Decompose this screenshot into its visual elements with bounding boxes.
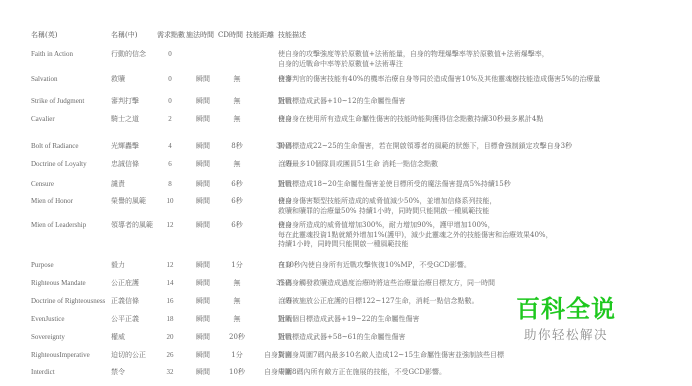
cell-name-en: Salvation [31,75,57,85]
cell-name-cn: 譴責 [111,180,125,190]
cell-name-en: EvenJustice [31,315,64,325]
cell-cd: 10秒 [225,368,249,378]
cell-name-en: Faith in Action [31,50,73,60]
cell-desc-line: 對自身周圍7碼內最多10名敵人造成12~15生命屬性傷害並強制該些目標 [278,351,504,361]
cell-points: 6 [164,160,176,170]
cell-cd: 6秒 [225,197,249,207]
watermark-logo: 百科全说 助你轻松解决 [516,295,616,343]
cell-desc-line: 對目標造成武器+10~12的生命屬性傷害 [278,97,406,107]
cell-cd: 無 [225,115,249,125]
cell-name-cn: 榮譽的風範 [111,197,146,207]
cell-desc-line: 使自身在使用所有造成生命屬性傷害的技能時能夠獲得信念點數持續30秒最多累計4點 [278,115,543,125]
cell-points: 2 [164,115,176,125]
cell-name-en: Strike of Judgment [31,97,84,107]
header-cd: CD時間 [218,31,243,41]
cell-name-en: Doctrine of Loyalty [31,160,87,170]
cell-name-en: Mien of Leadership [31,221,86,231]
cell-cd: 1分 [225,261,249,271]
cell-cast: 瞬間 [191,368,215,378]
cell-cast: 瞬間 [191,115,215,125]
cell-desc-line: 對目標造成18~20生命屬性傷害並使目標所受的魔法傷害提高5%持續15秒 [278,180,511,190]
cell-name-cn: 權威 [111,333,125,343]
cell-desc-line: 使自身的攻擊強度等於原數值+法術能量，自身的物理爆擊率等於原數值+法術爆擊率， [278,50,549,60]
cell-points: 12 [164,261,176,271]
cell-points: 18 [164,315,176,325]
cell-desc-line: 使審判官的傷害技能有40%的機率治療自身等同於造成傷害10%及其他靈魂樹技能造成… [278,75,600,85]
header-desc: 技能描述 [278,31,306,41]
cell-cast: 瞬間 [191,333,215,343]
cell-name-cn: 騎士之道 [111,115,139,125]
cell-cast: 瞬間 [191,75,215,85]
cell-name-cn: 領導者的風範 [111,221,153,231]
cell-desc-line: 對目標造成武器+58~61的生命屬性傷害 [278,333,406,343]
cell-desc-line: 救贖和贖罪的治療量50% 持續1小時，同時間只能開啟一種風範技能 [278,207,489,217]
cell-desc-line: 治療被施放公正庇護的目標122~127生命，消耗一點信念點數。 [278,297,479,307]
cell-desc-line: 對兩個目標造成武器+19~22的生命屬性傷害 [278,315,420,325]
cell-cd: 20秒 [225,333,249,343]
cell-cast: 瞬間 [191,297,215,307]
cell-cast: 瞬間 [191,97,215,107]
cell-cast: 瞬間 [191,279,215,289]
cell-cd: 8秒 [225,142,249,152]
cell-name-en: Censure [31,180,54,190]
cell-cd: 無 [225,279,249,289]
cell-name-cn: 忠誠信條 [111,160,139,170]
cell-name-cn: 迫切的公正 [111,351,146,361]
cell-cd: 無 [225,297,249,307]
cell-desc-line: 使自身所造成的威脅值增加300%，耐力增加90%，護甲增加100%， [278,221,495,231]
cell-cast: 瞬間 [191,315,215,325]
cell-points: 12 [164,221,176,231]
cell-cd: 無 [225,315,249,325]
cell-cast: 瞬間 [191,197,215,207]
cell-cast: 瞬間 [191,160,215,170]
cell-cd: 無 [225,75,249,85]
header-range: 技能距離 [246,31,274,41]
cell-desc-line: 中斷8碼內所有敵方正在施展的技能，不受GCD影響。 [278,368,446,378]
cell-name-en: Purpose [31,261,54,271]
cell-name-cn: 公正庇護 [111,279,139,289]
cell-desc-line: 自身的近戰命中率等於原數值+法術專注 [278,60,403,70]
cell-name-en: Doctrine of Righteousness [31,297,105,307]
cell-name-cn: 光輝轟擊 [111,142,139,152]
cell-name-cn: 審判打擊 [111,97,139,107]
cell-desc-line: 在自身觸發救贖造成過度治療時將這些治療量治療目標友方，同一時間 [278,279,495,289]
header-name-cn: 名稱(中) [111,31,137,41]
cell-cast: 瞬間 [191,221,215,231]
cell-points: 26 [164,351,176,361]
cell-desc-line: 使自身傷害類型技能所造成的威脅值減少50%，並增加信條系列技能， [278,197,497,207]
cell-cast: 瞬間 [191,142,215,152]
cell-cd: 無 [225,97,249,107]
cell-name-en: Interdict [31,368,55,378]
cell-name-cn: 禁令 [111,368,125,378]
cell-points: 4 [164,142,176,152]
cell-desc-line: 對目標造成22~25的生命傷害，若在開啟領導者的風範的狀態下，目標會強制鎖定攻擊… [278,142,572,152]
cell-points: 10 [164,197,176,207]
header-points: 需求點數 [157,31,185,41]
cell-points: 0 [164,97,176,107]
cell-name-en: Mien of Honor [31,197,73,207]
cell-name-cn: 毅力 [111,261,125,271]
cell-cd: 6秒 [225,221,249,231]
cell-points: 16 [164,297,176,307]
cell-points: 0 [164,75,176,85]
cell-name-cn: 公平正義 [111,315,139,325]
cell-desc-line: 在10秒內使自身所有近戰攻擊恢復10%MP，不受GCD影響。 [278,261,471,271]
cell-name-en: RighteousImperative [31,351,90,361]
cell-name-cn: 救贖 [111,75,125,85]
header-cast: 施法時間 [186,31,214,41]
cell-points: 20 [164,333,176,343]
cell-cast: 瞬間 [191,261,215,271]
cell-name-en: Bolt of Radiance [31,142,78,152]
cell-cast: 瞬間 [191,351,215,361]
cell-desc-line: 持續1小時，同時間只能開啟一種風範技能 [278,240,408,250]
cell-points: 32 [164,368,176,378]
cell-name-cn: 正義信條 [111,297,139,307]
cell-name-en: Sovereignty [31,333,65,343]
cell-points: 14 [164,279,176,289]
cell-desc-line: 治療最多10個隊員或團員51生命 消耗一點信念點數 [278,160,438,170]
cell-name-en: Cavalier [31,115,55,125]
watermark-subtitle: 助你轻松解决 [524,325,616,343]
cell-cd: 6秒 [225,180,249,190]
cell-points: 8 [164,180,176,190]
cell-cd: 無 [225,160,249,170]
header-name-en: 名稱(英) [31,31,57,41]
cell-cd: 1分 [225,351,249,361]
cell-points: 0 [164,50,176,60]
watermark-title: 百科全说 [516,295,616,323]
cell-cast: 瞬間 [191,180,215,190]
cell-name-en: Righteous Mandate [31,279,86,289]
cell-desc-line: 每在此靈魂投資1點就額外增加1%(護甲)，減少此靈魂之外的技能傷害和治療效果40… [278,231,553,241]
cell-name-cn: 行動的信念 [111,50,146,60]
